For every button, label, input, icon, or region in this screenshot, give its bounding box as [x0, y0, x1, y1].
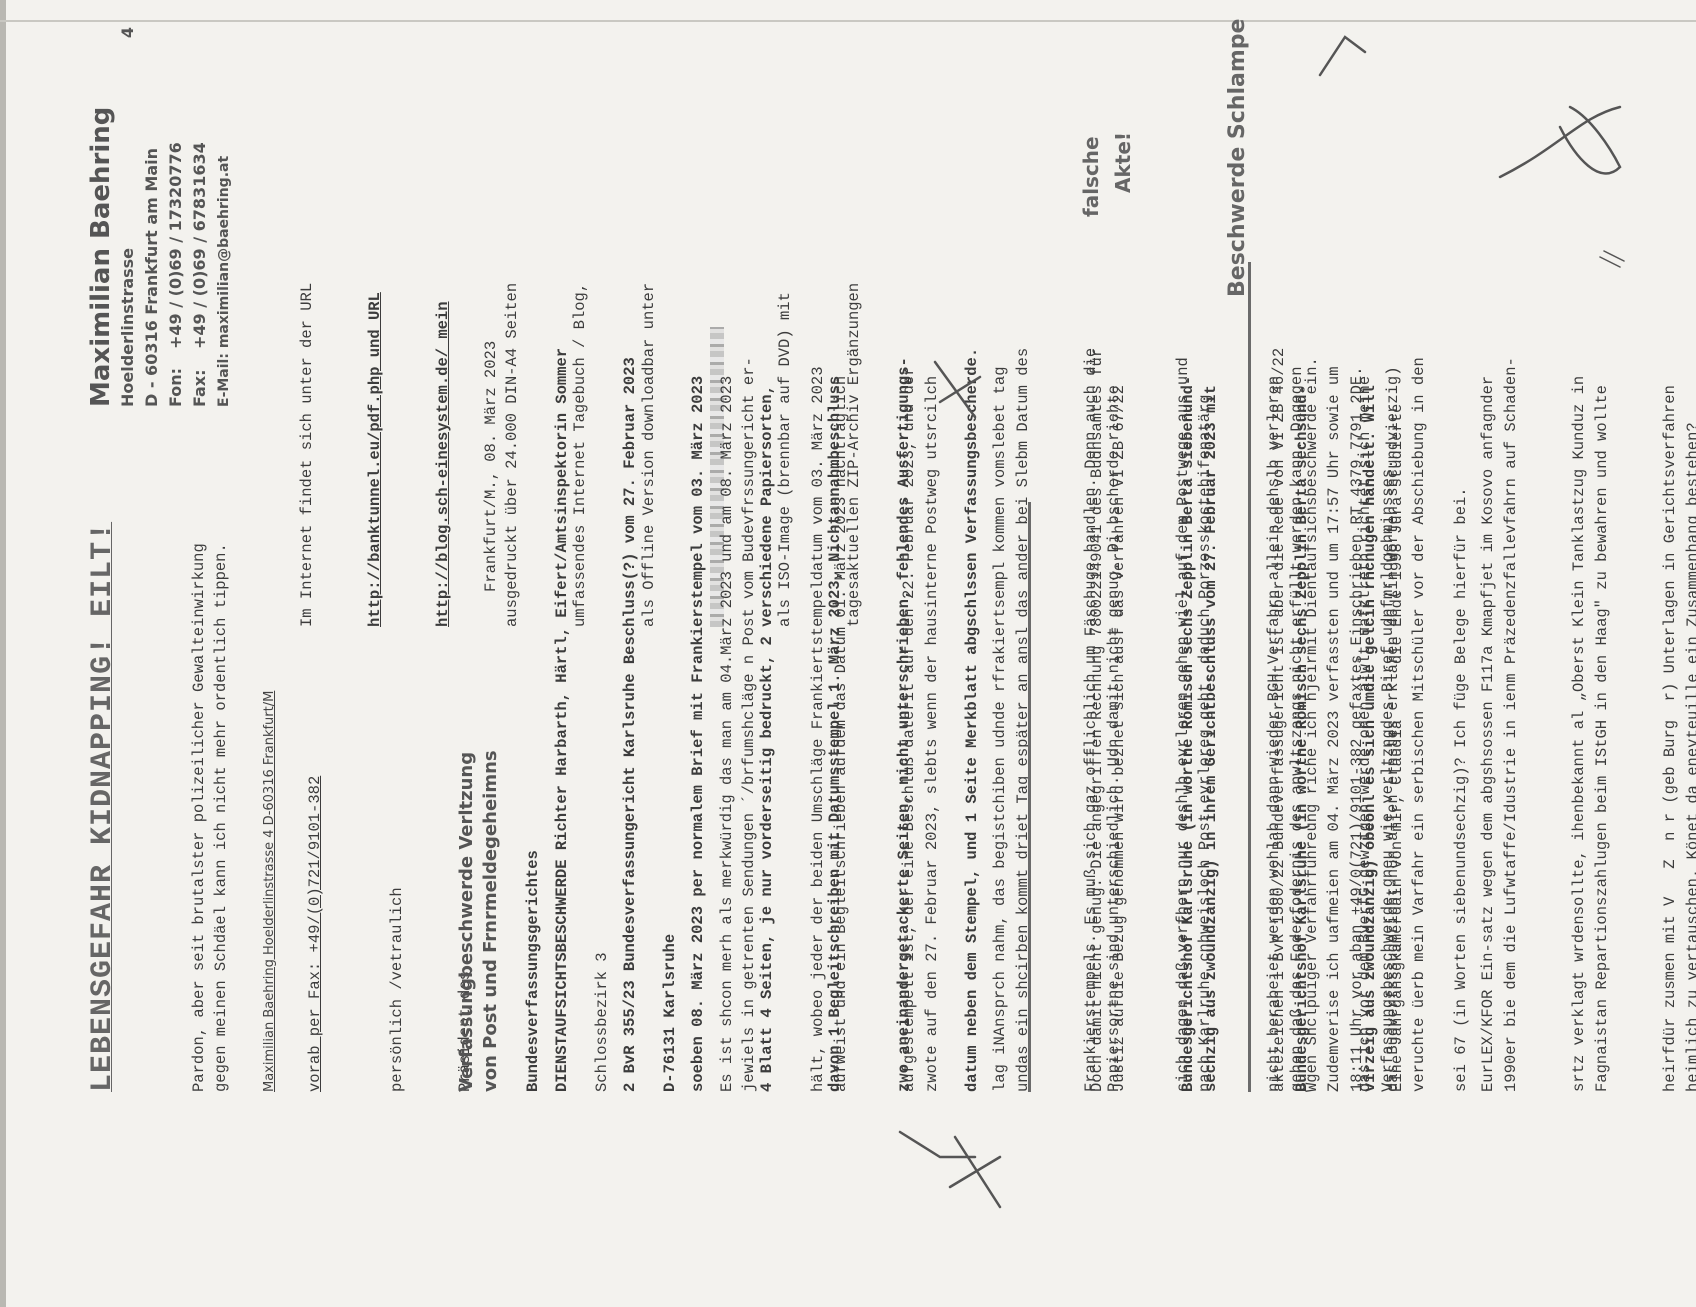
signature-icon — [1500, 107, 1620, 177]
cross-mark-icon — [935, 362, 980, 417]
arrow-mark-icon — [1320, 37, 1365, 75]
document-page: Maximilian Baehring Hoelderlinstrasse4 D… — [0, 0, 1696, 1307]
cross-mark-icon — [950, 1137, 1000, 1207]
arrow-mark-icon — [900, 1132, 975, 1157]
handwritten-marks — [0, 0, 1696, 1307]
signature-icon — [1560, 107, 1620, 173]
tick-mark-icon — [1600, 251, 1624, 267]
